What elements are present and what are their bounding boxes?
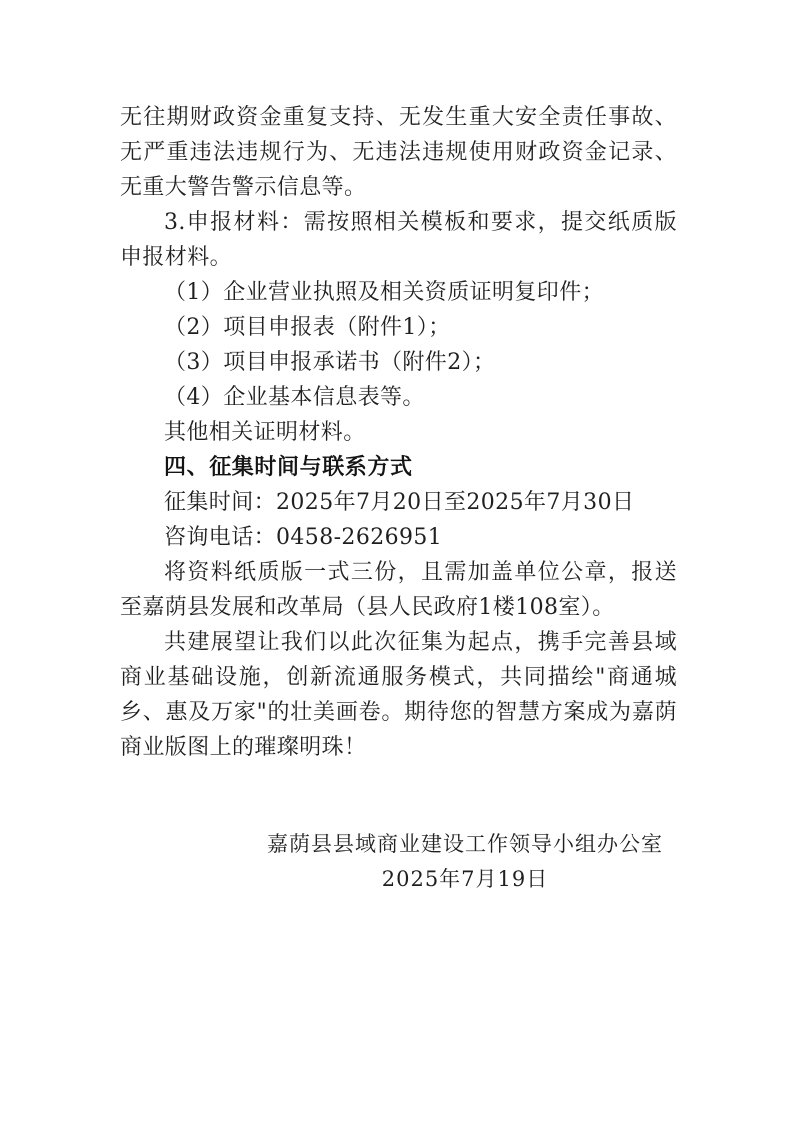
document-page: 无往期财政资金重复支持、无发生重大安全责任事故、无严重违法违规行为、无违法违规使… [0, 0, 793, 1122]
paragraph-submission-instructions: 将资料纸质版一式三份，且需加盖单位公章，报送至嘉荫县发展和改革局（县人民政府1楼… [120, 555, 677, 625]
paragraph-closing-outlook: 共建展望让我们以此次征集为起点，携手完善县域商业基础设施，创新流通服务模式，共同… [120, 625, 677, 765]
section-heading-time-and-contact: 四、征集时间与联系方式 [120, 450, 677, 485]
signature-block: 嘉荫县县域商业建设工作领导小组办公室 2025年7月19日 [120, 827, 677, 897]
list-item-business-license: （1）企业营业执照及相关资质证明复印件； [120, 275, 677, 310]
signature-date: 2025年7月19日 [267, 862, 663, 897]
signature-inner: 嘉荫县县域商业建设工作领导小组办公室 2025年7月19日 [267, 827, 663, 897]
list-item-application-form: （2）项目申报表（附件1）； [120, 310, 677, 345]
document-body: 无往期财政资金重复支持、无发生重大安全责任事故、无严重违法违规行为、无违法违规使… [0, 0, 793, 897]
signature-organization: 嘉荫县县域商业建设工作领导小组办公室 [267, 827, 663, 862]
list-item-commitment-letter: （3）项目申报承诺书（附件2）； [120, 345, 677, 380]
paragraph-eligibility-continuation: 无往期财政资金重复支持、无发生重大安全责任事故、无严重违法违规行为、无违法违规使… [120, 100, 677, 205]
line-collection-time: 征集时间：2025年7月20日至2025年7月30日 [120, 485, 677, 520]
line-consultation-phone: 咨询电话：0458-2626951 [120, 520, 677, 555]
paragraph-materials-intro: 3.申报材料：需按照相关模板和要求，提交纸质版申报材料。 [120, 205, 677, 275]
list-item-basic-info-form: （4）企业基本信息表等。 [120, 380, 677, 415]
paragraph-other-materials: 其他相关证明材料。 [120, 415, 677, 450]
